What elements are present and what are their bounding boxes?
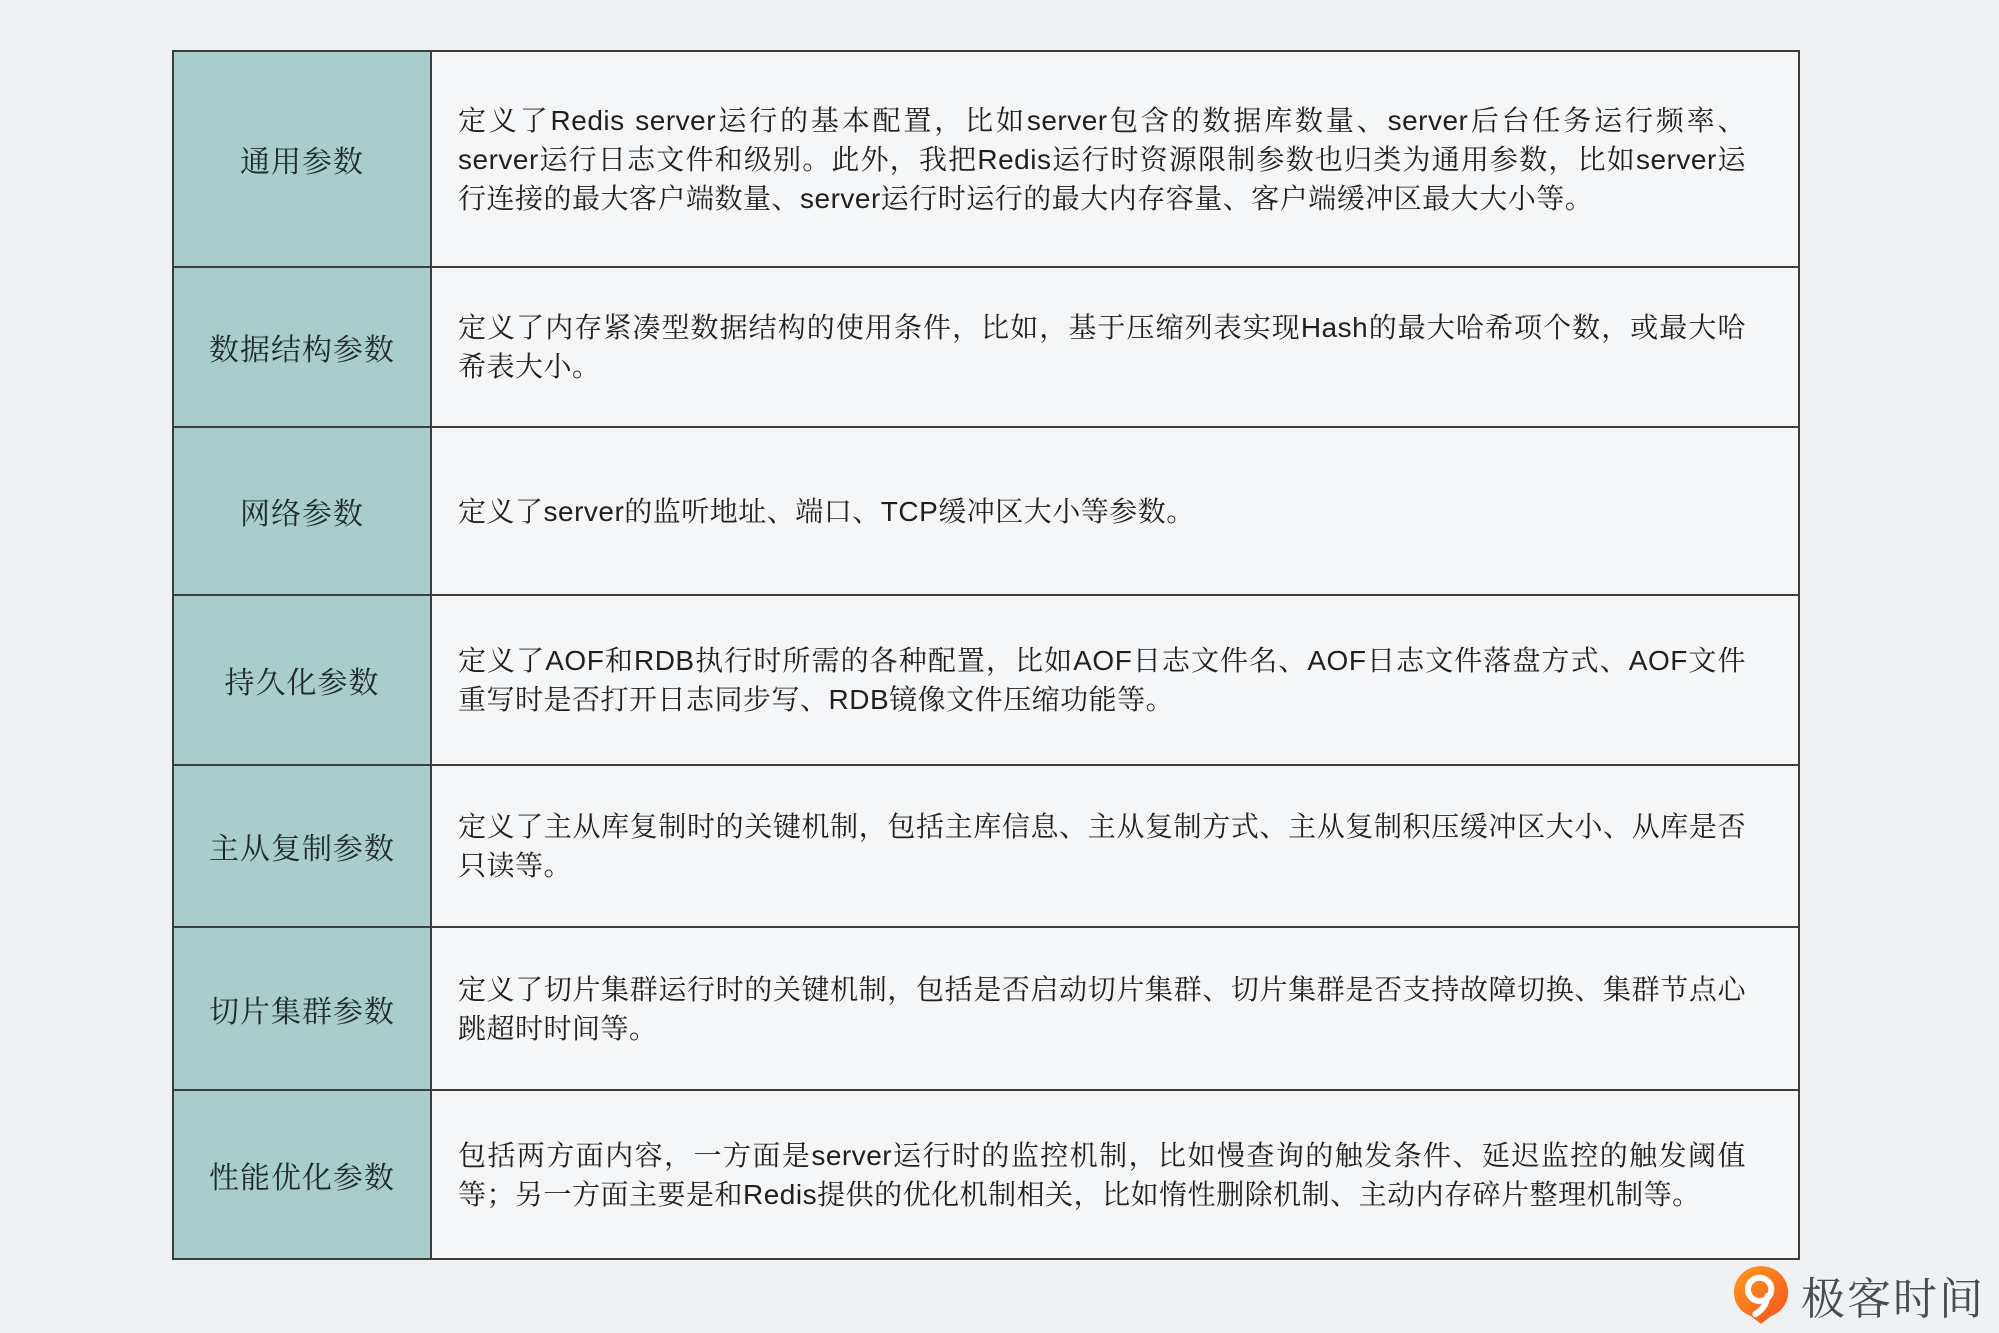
description-text: 定义了切片集群运行时的关键机制，包括是否启动切片集群、切片集群是否支持故障切换、… [458, 970, 1746, 1048]
description-cell: 包括两方面内容，一方面是server运行时的监控机制，比如慢查询的触发条件、延迟… [432, 1091, 1798, 1258]
description-text: 定义了server的监听地址、端口、TCP缓冲区大小等参数。 [458, 492, 1195, 531]
category-cell: 网络参数 [174, 428, 432, 594]
category-label: 主从复制参数 [209, 824, 395, 868]
description-cell: 定义了Redis server运行的基本配置，比如server包含的数据库数量、… [432, 52, 1798, 266]
category-label: 性能优化参数 [209, 1153, 395, 1197]
description-cell: 定义了切片集群运行时的关键机制，包括是否启动切片集群、切片集群是否支持故障切换、… [432, 928, 1798, 1089]
category-label: 数据结构参数 [209, 325, 395, 369]
category-cell: 主从复制参数 [174, 766, 432, 926]
brand-name: 极客时间 [1801, 1263, 1985, 1327]
description-text: 定义了内存紧凑型数据结构的使用条件，比如，基于压缩列表实现Hash的最大哈希项个… [458, 308, 1746, 386]
description-text: 定义了主从库复制时的关键机制，包括主库信息、主从复制方式、主从复制积压缓冲区大小… [458, 807, 1746, 885]
table-row: 网络参数 定义了server的监听地址、端口、TCP缓冲区大小等参数。 [174, 426, 1798, 594]
category-cell: 数据结构参数 [174, 268, 432, 426]
table-row: 主从复制参数 定义了主从库复制时的关键机制，包括主库信息、主从复制方式、主从复制… [174, 764, 1798, 926]
description-cell: 定义了内存紧凑型数据结构的使用条件，比如，基于压缩列表实现Hash的最大哈希项个… [432, 268, 1798, 426]
geektime-logo-icon [1733, 1265, 1789, 1325]
table-row: 持久化参数 定义了AOF和RDB执行时所需的各种配置，比如AOF日志文件名、AO… [174, 594, 1798, 764]
category-cell: 性能优化参数 [174, 1091, 432, 1258]
description-text: 定义了Redis server运行的基本配置，比如server包含的数据库数量、… [458, 101, 1746, 218]
table-row: 切片集群参数 定义了切片集群运行时的关键机制，包括是否启动切片集群、切片集群是否… [174, 926, 1798, 1089]
category-label: 持久化参数 [225, 658, 380, 702]
description-text: 定义了AOF和RDB执行时所需的各种配置，比如AOF日志文件名、AOF日志文件落… [458, 641, 1746, 719]
category-label: 切片集群参数 [209, 987, 395, 1031]
description-cell: 定义了主从库复制时的关键机制，包括主库信息、主从复制方式、主从复制积压缓冲区大小… [432, 766, 1798, 926]
description-cell: 定义了AOF和RDB执行时所需的各种配置，比如AOF日志文件名、AOF日志文件落… [432, 596, 1798, 764]
category-cell: 切片集群参数 [174, 928, 432, 1089]
description-text: 包括两方面内容，一方面是server运行时的监控机制，比如慢查询的触发条件、延迟… [458, 1136, 1746, 1214]
category-cell: 持久化参数 [174, 596, 432, 764]
description-cell: 定义了server的监听地址、端口、TCP缓冲区大小等参数。 [432, 428, 1798, 594]
geektime-brand: 极客时间 [1733, 1263, 1985, 1327]
table-row: 通用参数 定义了Redis server运行的基本配置，比如server包含的数… [174, 52, 1798, 266]
parameter-table: 通用参数 定义了Redis server运行的基本配置，比如server包含的数… [172, 50, 1800, 1260]
category-label: 通用参数 [240, 137, 364, 181]
category-label: 网络参数 [240, 489, 364, 533]
table-row: 性能优化参数 包括两方面内容，一方面是server运行时的监控机制，比如慢查询的… [174, 1089, 1798, 1258]
table-row: 数据结构参数 定义了内存紧凑型数据结构的使用条件，比如，基于压缩列表实现Hash… [174, 266, 1798, 426]
category-cell: 通用参数 [174, 52, 432, 266]
